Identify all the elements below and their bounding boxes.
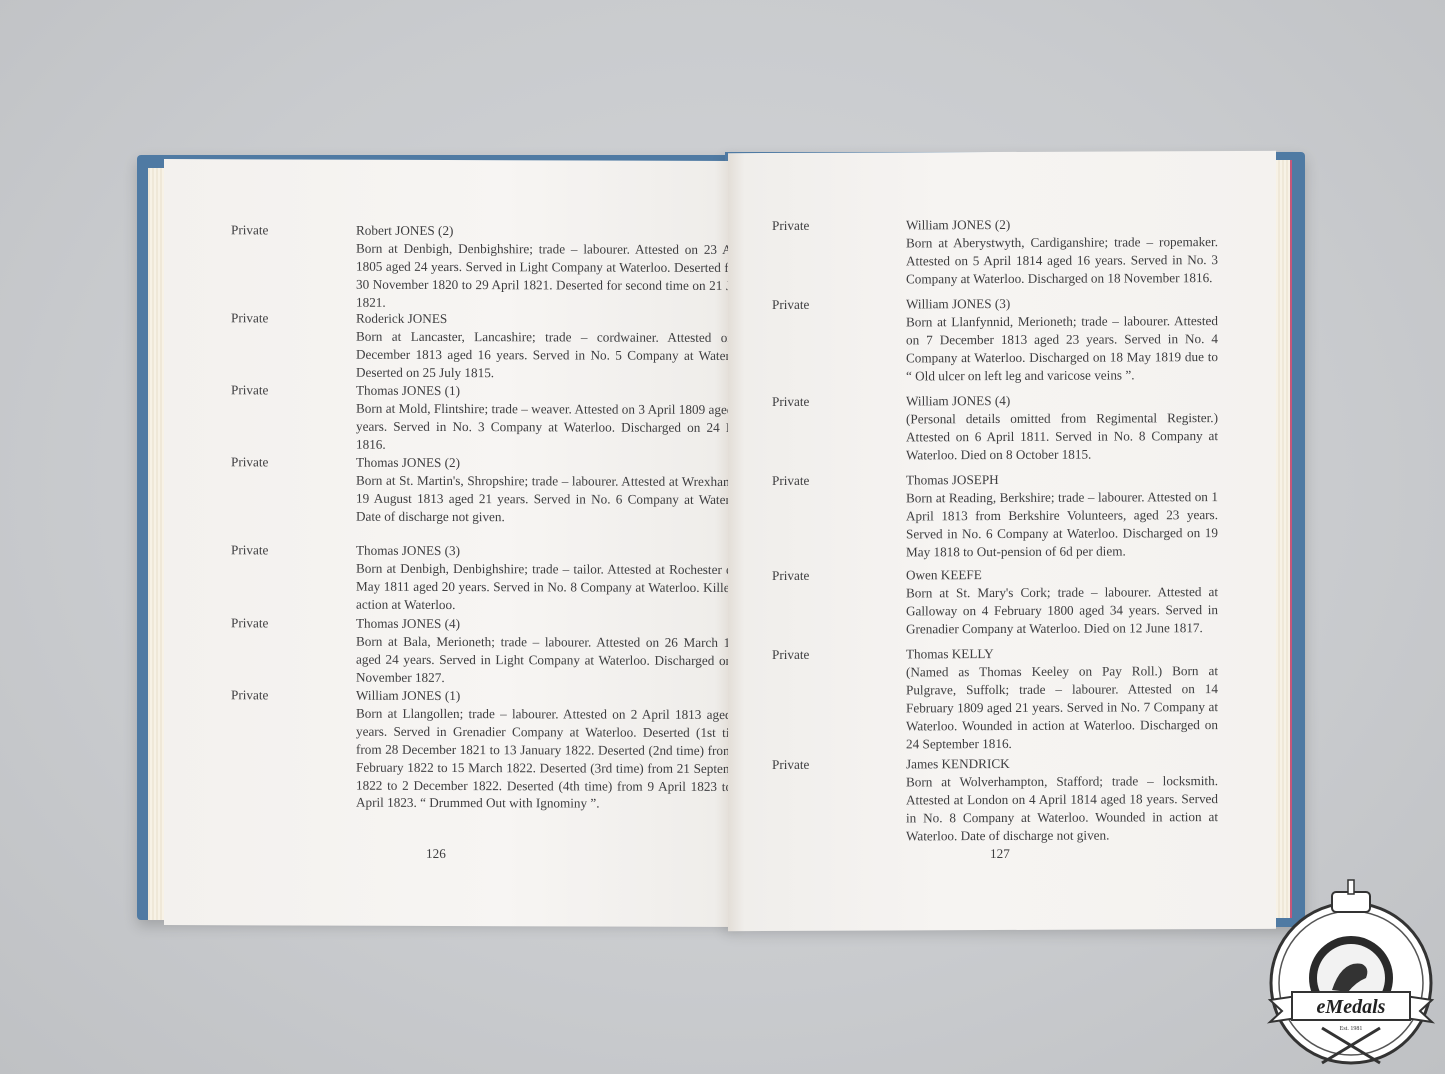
entry: Private William JONES (3) Born at Llanfy… [772,294,1222,296]
rank-label: Private [231,381,331,399]
page-126: Private Robert JONES (2) Born at Denbigh… [164,159,732,927]
rank-label: Private [231,221,331,239]
page-number: 126 [426,846,446,862]
soldier-details: Born at Denbigh, Denbighshire; trade – t… [356,560,750,615]
soldier-name: Thomas JONES (1) [356,382,750,401]
page-127: Private William JONES (2) Born at Aberys… [728,151,1276,931]
page-number: 127 [990,846,1010,862]
soldier-details: Born at Lancaster, Lancashire; trade – c… [356,328,750,383]
rank-label: Private [231,309,331,327]
rank-label: Private [772,567,872,585]
soldier-name: Thomas JOSEPH [906,470,1218,489]
entry: Private Robert JONES (2) Born at Denbigh… [231,221,691,223]
entry: Private Owen KEEFE Born at St. Mary's Co… [772,565,1222,567]
emedals-badge-icon: eMedals Est. 1981 [1262,878,1440,1068]
soldier-details: Born at Mold, Flintshire; trade – weaver… [356,400,750,455]
soldier-details: (Named as Thomas Keeley on Pay Roll.) Bo… [906,662,1218,753]
entry: Private Thomas JONES (4) Born at Bala, M… [231,614,691,616]
rank-label: Private [772,756,872,774]
established-text: Est. 1981 [1340,1026,1363,1032]
rank-label: Private [231,686,331,704]
soldier-details: (Personal details omitted from Regimenta… [906,409,1218,464]
emedals-logo: eMedals Est. 1981 [1262,878,1440,1068]
rank-label: Private [772,217,872,235]
entry: Private Thomas JONES (3) Born at Denbigh… [231,541,691,543]
soldier-name: Thomas JONES (3) [356,542,750,561]
entry: Private William JONES (4) (Personal deta… [772,391,1222,393]
soldier-name: Robert JONES (2) [356,222,750,241]
soldier-name: Thomas KELLY [906,644,1218,663]
soldier-details: Born at Llanfynnid, Merioneth; trade – l… [906,312,1218,385]
rank-label: Private [231,541,331,559]
rank-label: Private [231,453,331,471]
rank-label: Private [772,296,872,314]
soldier-details: Born at Denbigh, Denbighshire; trade – l… [356,240,750,313]
rank-label: Private [231,614,331,632]
soldier-name: James KENDRICK [906,754,1218,773]
entry: Private William JONES (2) Born at Aberys… [772,215,1222,217]
rank-label: Private [772,646,872,664]
soldier-name: Roderick JONES [356,310,750,329]
soldier-name: Thomas JONES (4) [356,615,750,634]
soldier-details: Born at Llangollen; trade – labourer. At… [356,705,750,814]
entry: Private Thomas JOSEPH Born at Reading, B… [772,470,1222,472]
soldier-name: Owen KEEFE [906,565,1218,584]
open-book: Private Robert JONES (2) Born at Denbigh… [0,0,1445,1074]
soldier-name: William JONES (1) [356,687,750,706]
soldier-name: William JONES (4) [906,391,1218,410]
rank-label: Private [772,472,872,490]
soldier-details: Born at St. Martin's, Shropshire; trade … [356,472,750,527]
soldier-details: Born at Wolverhampton, Stafford; trade –… [906,772,1218,845]
soldier-details: Born at Bala, Merioneth; trade – laboure… [356,633,750,688]
soldier-name: Thomas JONES (2) [356,454,750,473]
soldier-details: Born at St. Mary's Cork; trade – laboure… [906,583,1218,638]
rank-label: Private [772,393,872,411]
brand-text: eMedals [1317,996,1386,1018]
soldier-name: William JONES (3) [906,294,1218,313]
entry: Private James KENDRICK Born at Wolverham… [772,754,1222,756]
soldier-details: Born at Aberystwyth, Cardiganshire; trad… [906,233,1218,288]
entry: Private Thomas KELLY (Named as Thomas Ke… [772,644,1222,646]
soldier-details: Born at Reading, Berkshire; trade – labo… [906,488,1218,561]
soldier-name: William JONES (2) [906,215,1218,234]
